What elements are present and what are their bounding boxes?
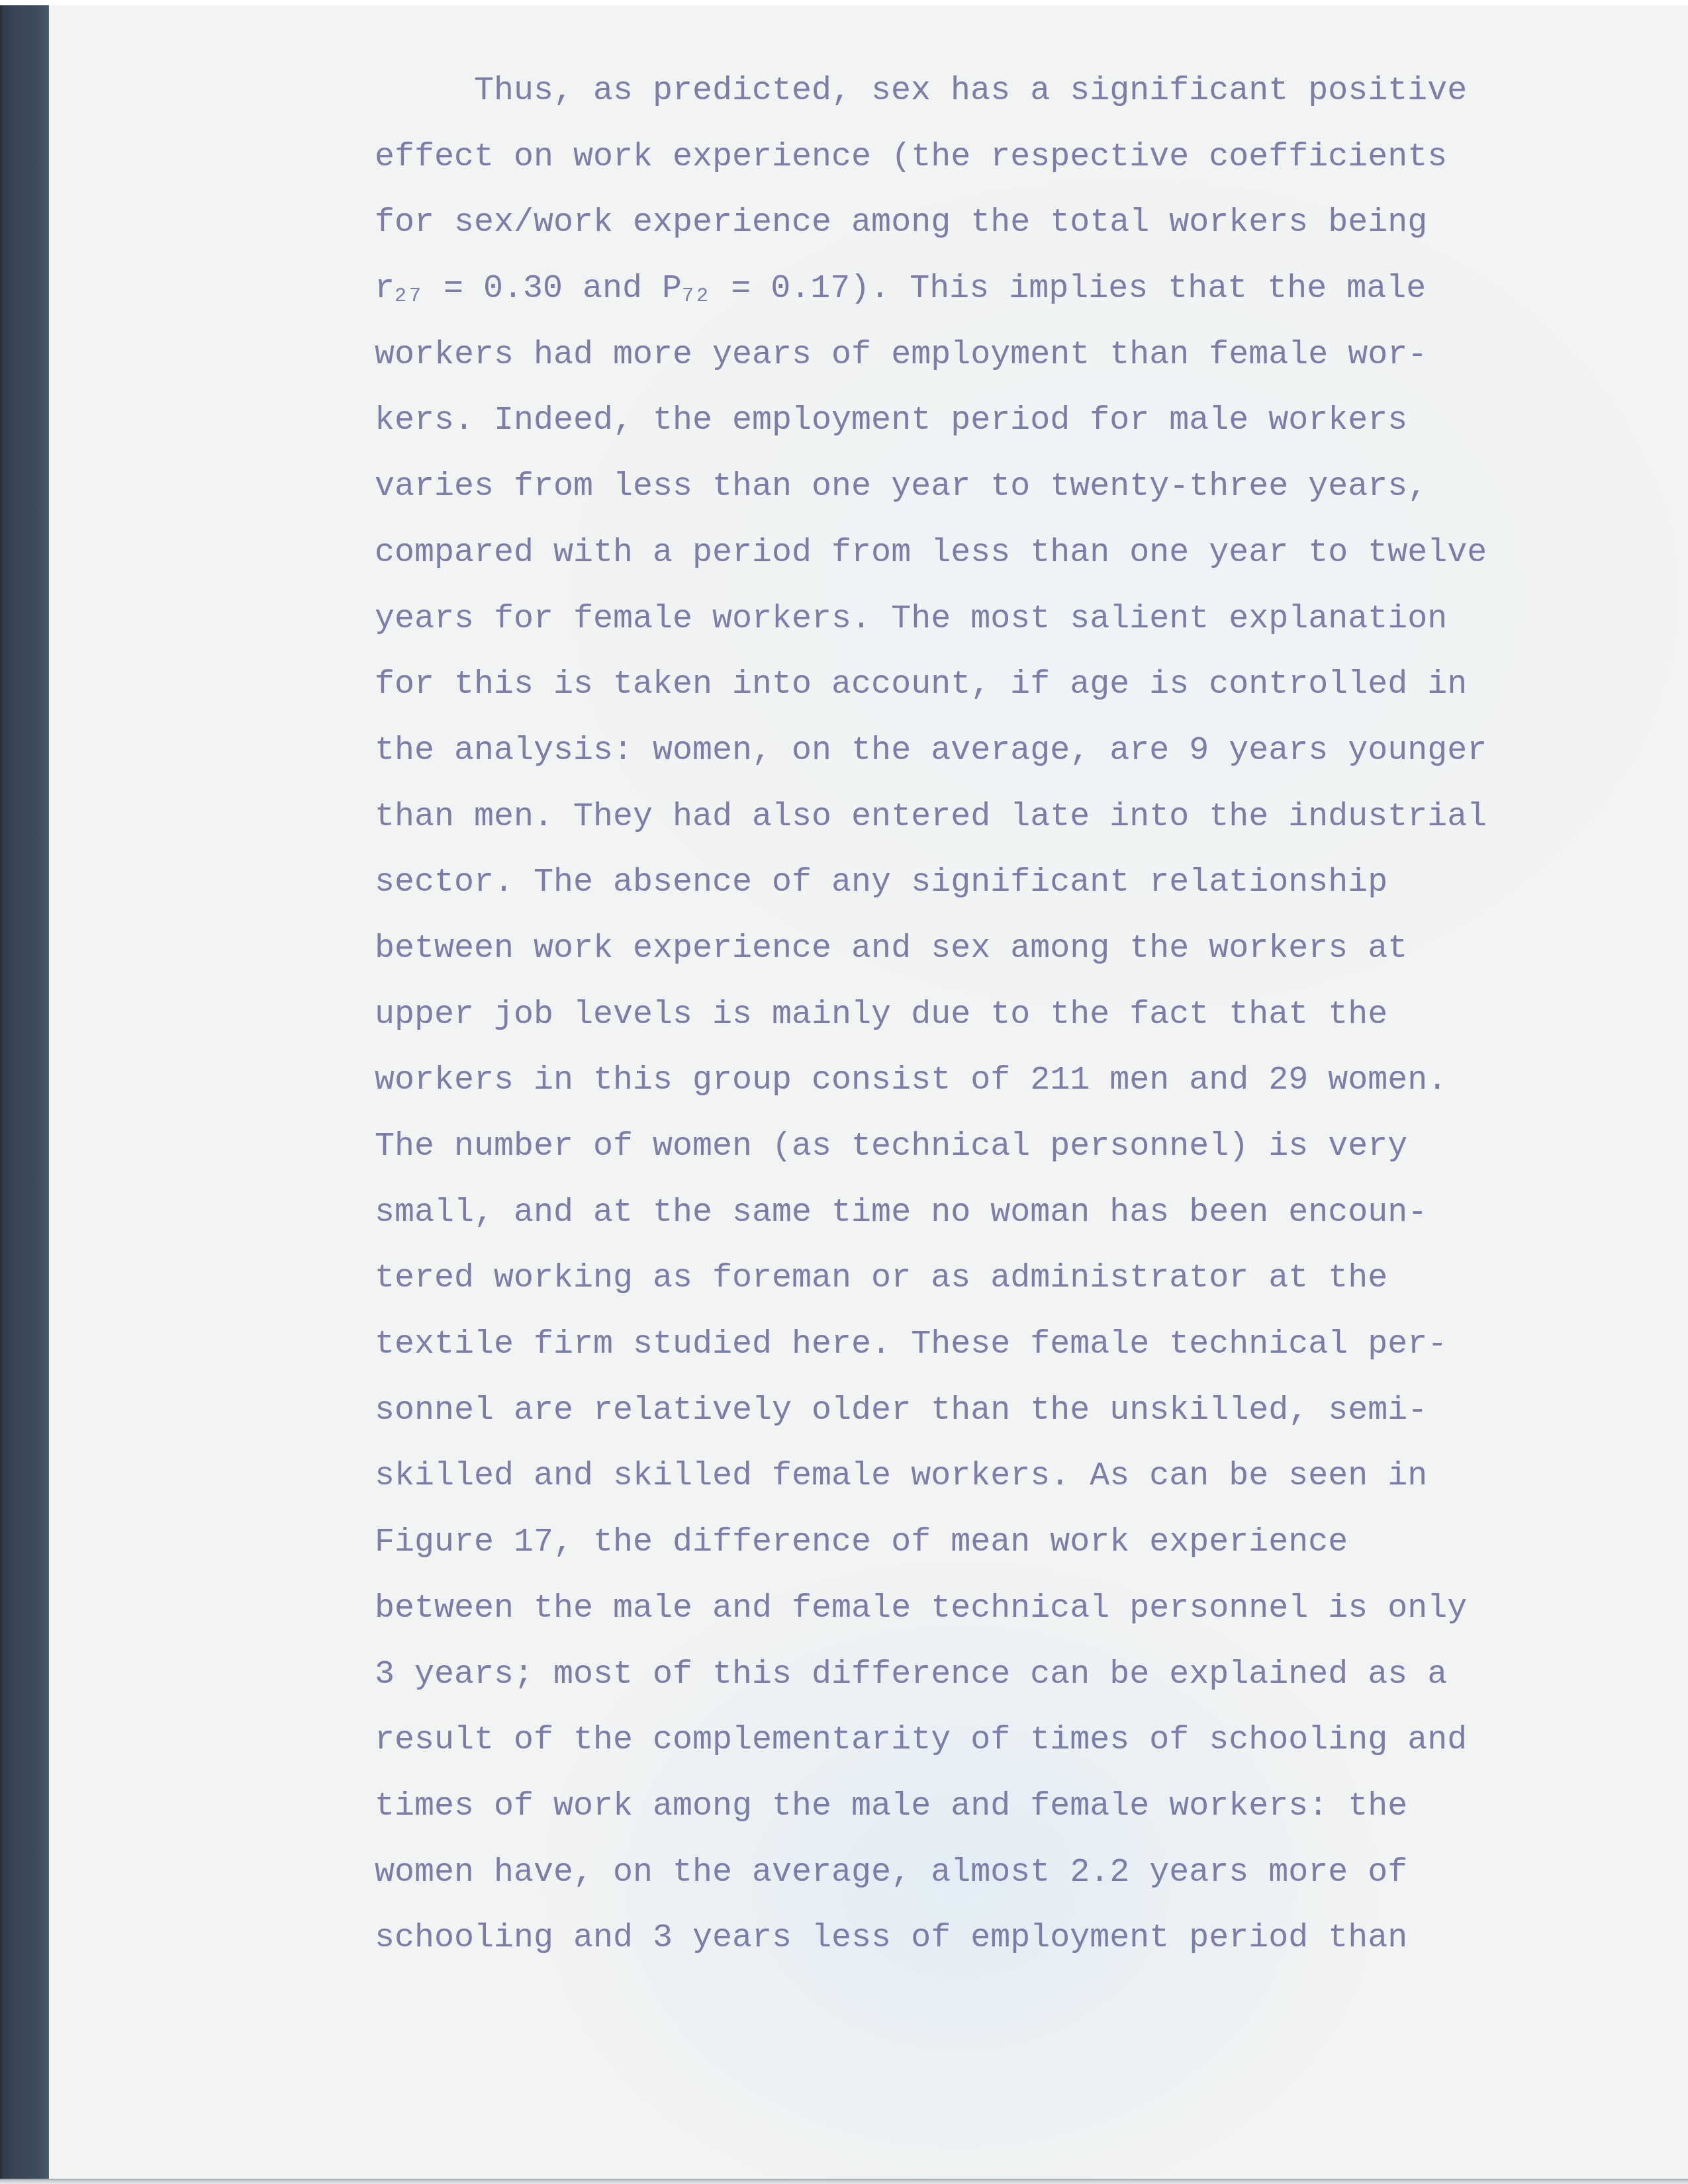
text-line: Figure 17, the difference of mean work e… [375, 1510, 1566, 1576]
text-run: r [375, 270, 395, 308]
text-line: small, and at the same time no woman has… [375, 1180, 1566, 1246]
text-line: years for female workers. The most salie… [375, 586, 1566, 653]
text-line: times of work among the male and female … [375, 1774, 1566, 1840]
text-line: for this is taken into account, if age i… [375, 652, 1566, 718]
text-line: 3 years; most of this difference can be … [375, 1642, 1566, 1708]
text-line: the analysis: women, on the average, are… [375, 718, 1566, 784]
text-run: = 0.17). This implies that the male [711, 270, 1426, 308]
text-line: sector. The absence of any significant r… [375, 850, 1566, 916]
text-line: tered working as foreman or as administr… [375, 1246, 1566, 1312]
text-line: for sex/work experience among the total … [375, 190, 1566, 256]
page-bottom-edge [0, 2179, 1688, 2184]
text-line: result of the complementarity of times o… [375, 1707, 1566, 1774]
text-run: = 0.30 and P [424, 270, 682, 308]
text-line: kers. Indeed, the employment period for … [375, 388, 1566, 454]
text-line: women have, on the average, almost 2.2 y… [375, 1840, 1566, 1906]
text-line: The number of women (as technical person… [375, 1114, 1566, 1180]
scanned-page: Thus, as predicted, sex has a significan… [0, 0, 1688, 2184]
text-line: sonnel are relatively older than the uns… [375, 1378, 1566, 1444]
text-line: varies from less than one year to twenty… [375, 454, 1566, 520]
text-line: than men. They had also entered late int… [375, 784, 1566, 850]
subscript: 27 [395, 285, 424, 308]
body-paragraph: Thus, as predicted, sex has a significan… [375, 58, 1566, 1972]
text-line: between work experience and sex among th… [375, 916, 1566, 982]
text-line: workers in this group consist of 211 men… [375, 1048, 1566, 1114]
text-line: r27 = 0.30 and P72 = 0.17). This implies… [375, 256, 1566, 322]
text-line: upper job levels is mainly due to the fa… [375, 982, 1566, 1048]
subscript: 72 [682, 285, 711, 308]
text-line: effect on work experience (the respectiv… [375, 124, 1566, 191]
text-line: skilled and skilled female workers. As c… [375, 1443, 1566, 1510]
binding-strip [0, 5, 49, 2180]
text-line: between the male and female technical pe… [375, 1576, 1566, 1642]
text-line: textile firm studied here. These female … [375, 1312, 1566, 1378]
text-line: Thus, as predicted, sex has a significan… [375, 58, 1566, 124]
text-line: compared with a period from less than on… [375, 520, 1566, 586]
text-line: workers had more years of employment tha… [375, 322, 1566, 388]
text-line: schooling and 3 years less of employment… [375, 1905, 1566, 1972]
page-top-edge [0, 0, 1688, 5]
